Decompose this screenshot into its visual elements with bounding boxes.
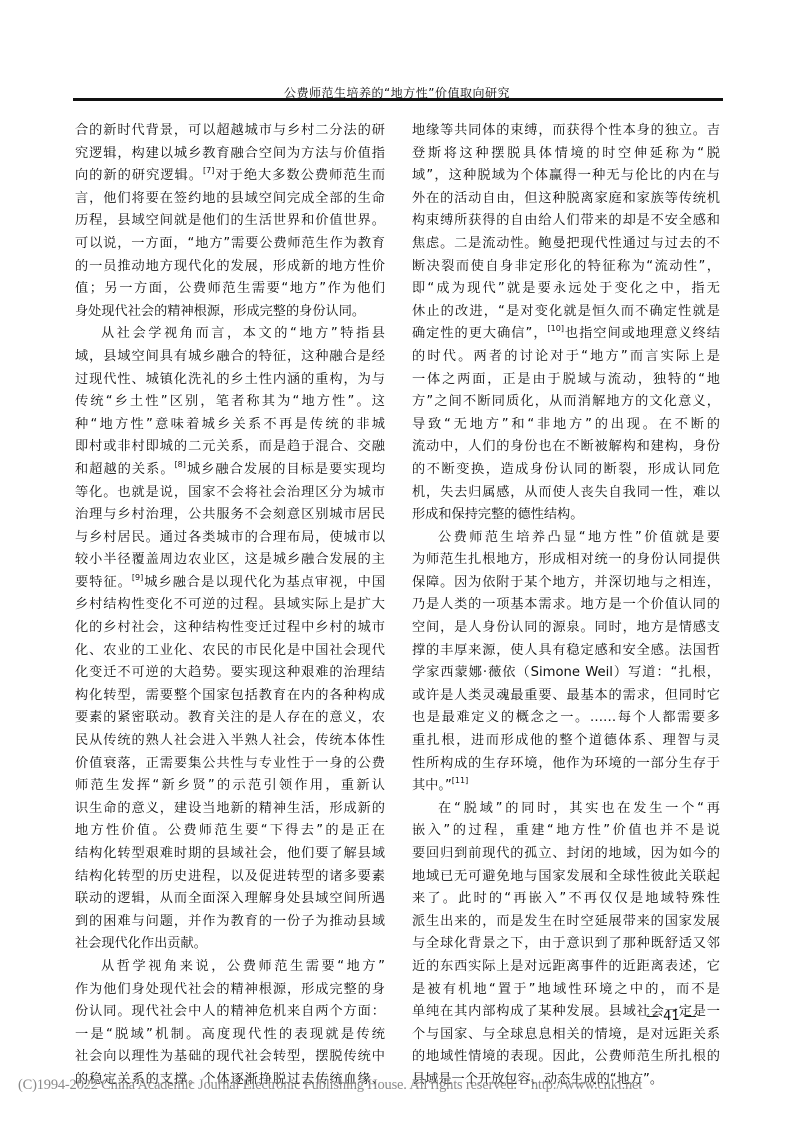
line-text: 的时代。两者的讨论对于“地方”而言实际上是: [412, 349, 720, 364]
line-text: 从哲学视角来说，公费师范生需要“地方”: [101, 959, 385, 974]
text-line: 方”之间不断同质化，从而消解地方的文化意义，: [412, 391, 720, 414]
line-text: 机，失去归属感，从而使人丧失自我同一性，难以: [412, 485, 720, 500]
line-text: 较小半径覆盖周边农业区，这是城乡融合发展的主: [75, 552, 385, 567]
line-text: 也是最难定义的概念之一。……每个人都需要多: [412, 710, 720, 725]
text-line: 是被有机地“置于”地域性环境之中的，而不是: [412, 979, 720, 1002]
text-line: 和超越的关系。[8]城乡融合发展的目标是要实现均: [75, 459, 385, 482]
line-text: 要回归到前现代的孤立、封闭的地域，因为如今的: [412, 846, 720, 861]
line-text: 的地域性情境的表现。因此，公费师范生所扎根的: [412, 1049, 720, 1064]
text-line: 其中。”[11]: [412, 775, 720, 798]
text-line: 传统“乡土性”区别，笔者称其为“地方性”。这: [75, 391, 385, 414]
line-text: 民从传统的熟人社会进入半熟人社会，传统本体性: [75, 733, 385, 748]
line-text: 空间，是人身份认同的源泉。同时，地方是情感支: [412, 620, 720, 635]
text-line: 即“成为现代”就是要永远处于变化之中，指无: [412, 278, 720, 301]
text-line: 外在的活动自由，但这种脱离家庭和家族等传统机: [412, 188, 720, 211]
line-text: 域，县域空间具有城乡融合的特征，这种融合是经: [75, 349, 385, 364]
line-text: 近的东西实际上是对远距离事件的近距离表述，它: [412, 959, 720, 974]
line-text: 结构化转型艰难时期的县域社会，他们要了解县域: [75, 846, 385, 861]
text-line: 在“脱域”的同时，其实也在发生一个“再: [412, 798, 720, 821]
text-line: 派生出来的，而是发生在时空延展带来的国家发展: [412, 911, 720, 934]
line-text: 焦虑。二是流动性。鲍曼把现代性通过与过去的不: [412, 236, 720, 251]
text-line: 师范生发挥“新乡贤”的示范引领作用，重新认: [75, 775, 385, 798]
text-line: 的不断变换，造成身份认同的断裂，形成认同危: [412, 459, 720, 482]
text-line: 撑的丰厚来源，使人具有稳定感和安全感。法国哲: [412, 640, 720, 663]
line-text: 与乡村居民。通过各类城市的合理布局，使城市以: [75, 530, 385, 545]
text-line: 断决裂而使自身非定形化的特征称为“流动性”，: [412, 256, 720, 279]
line-text: 形成和保持完整的德性结构。: [412, 507, 583, 522]
text-line: 学家西蒙娜·薇依（Simone Weil）写道：“扎根，: [412, 662, 720, 685]
line-text: 作为他们身处现代社会的精神根源，形成完整的身: [75, 982, 385, 997]
text-line: 确定性的更大确信”，[10]也指空间或地理意义终结: [412, 323, 720, 346]
text-line: 近的东西实际上是对远距离事件的近距离表述，它: [412, 956, 720, 979]
right-column-text: 地缘等共同体的束缚，而获得个性本身的独立。吉登斯将这种摆脱具体情境的时空伸延称为…: [412, 120, 720, 1092]
line-text: 份认同。现代社会中人的精神危机来自两个方面：: [75, 1004, 385, 1019]
text-line: 重扎根，进而形成他的整个道德体系、理智与灵: [412, 730, 720, 753]
line-text: 构束缚所获得的自由给人们带来的却是不安全感和: [412, 213, 720, 228]
copyright-text: (C)1994-2022 China Academic Journal Elec…: [18, 1077, 517, 1093]
line-text: 域”，这种脱域为个体赢得一种无与伦比的内在与: [412, 168, 720, 183]
text-line: 过现代性、城镇化洗礼的乡土性内涵的重构，为与: [75, 369, 385, 392]
text-line: 个与国家、与全球息息相关的情境，是对远距关系: [412, 1024, 720, 1047]
left-column: 合的新时代背景，可以超越城市与乡村二分法的研究逻辑，构建以城乡教育融合空间为方法…: [75, 120, 385, 1092]
text-line: 治理与乡村治理，公共服务不会刻意区别城市居民: [75, 504, 385, 527]
line-text: 确定性的更大确信”，: [412, 326, 548, 341]
text-line: 为师范生扎根地方，形成相对统一的身份认同提供: [412, 549, 720, 572]
line-text: 历程，县域空间就是他们的生活世界和价值世界。: [75, 213, 385, 228]
line-text: 身处现代社会的精神根源，形成完整的身份认同。: [75, 304, 365, 319]
line-text: 或许是人类灵魂最重要、最基本的需求，但同时它: [412, 688, 720, 703]
line-text: 价值衰落，正需要集公共性与专业性于一身的公费: [75, 756, 385, 771]
line-text: 即村或非村即城的二元关系，而是趋于混合、交融: [75, 439, 385, 454]
text-line: 构化转型，需要整个国家包括教育在内的各种构成: [75, 685, 385, 708]
line-text: 方”之间不断同质化，从而消解地方的文化意义，: [412, 394, 720, 409]
line-text: 要特征。: [75, 575, 132, 590]
line-text: 可以说，一方面，“地方”需要公费师范生作为教育: [75, 236, 385, 251]
line-text: 联动的逻辑，从而全面深入理解身处县域空间所遇: [75, 891, 385, 906]
line-text: 传统“乡土性”区别，笔者称其为“地方性”。这: [75, 394, 385, 409]
line-text-tail: 也指空间或地理意义终结: [564, 326, 720, 341]
line-text: 等化。也就是说，国家不会将社会治理区分为城市: [75, 485, 385, 500]
text-line: 身处现代社会的精神根源，形成完整的身份认同。: [75, 301, 385, 324]
line-text: 到的困难与问题，并作为教育的一份子为推动县域: [75, 914, 385, 929]
line-text: 的一员推动地方现代化的发展，形成新的地方性价: [75, 259, 385, 274]
text-line: 的时代。两者的讨论对于“地方”而言实际上是: [412, 346, 720, 369]
line-text: 值；另一方面，公费师范生需要“地方”作为他们: [75, 281, 385, 296]
text-line: 形成和保持完整的德性结构。: [412, 504, 720, 527]
text-line: 价值衰落，正需要集公共性与专业性于一身的公费: [75, 753, 385, 776]
line-text: 派生出来的，而是发生在时空延展带来的国家发展: [412, 914, 720, 929]
text-line: 民从传统的熟人社会进入半熟人社会，传统本体性: [75, 730, 385, 753]
text-line: 域”，这种脱域为个体赢得一种无与伦比的内在与: [412, 165, 720, 188]
text-line: 与全球化背景之下，由于意识到了那种既舒适又邻: [412, 933, 720, 956]
text-line: 一是“脱域”机制。高度现代性的表现就是传统: [75, 1024, 385, 1047]
line-text: 社会现代化作出贡献。: [75, 936, 207, 951]
line-text: 化的乡村社会，这种结构性变迁过程中乡村的城市: [75, 620, 385, 635]
copyright-footer: (C)1994-2022 China Academic Journal Elec…: [18, 1077, 642, 1094]
text-line: 构束缚所获得的自由给人们带来的却是不安全感和: [412, 210, 720, 233]
line-text: 其中。”: [412, 778, 452, 793]
text-line: 地域已无可避免地与国家发展和全球性彼此关联起: [412, 866, 720, 889]
text-line: 结构化转型的历史进程，以及促进转型的诸多要素: [75, 866, 385, 889]
text-line: 可以说，一方面，“地方”需要公费师范生作为教育: [75, 233, 385, 256]
line-text: 的不断变换，造成身份认同的断裂，形成认同危: [412, 462, 720, 477]
text-line: 要回归到前现代的孤立、封闭的地域，因为如今的: [412, 843, 720, 866]
text-line: 登斯将这种摆脱具体情境的时空伸延称为“脱: [412, 143, 720, 166]
text-line: 较小半径覆盖周边农业区，这是城乡融合发展的主: [75, 549, 385, 572]
line-text: 学家西蒙娜·薇依（Simone Weil）写道：“扎根，: [412, 665, 720, 680]
line-text: 地域已无可避免地与国家发展和全球性彼此关联起: [412, 869, 720, 884]
line-text: 个与国家、与全球息息相关的情境，是对远距关系: [412, 1027, 720, 1042]
text-line: 公费师范生培养凸显“地方性”价值就是要: [412, 527, 720, 550]
text-line: 社会现代化作出贡献。: [75, 933, 385, 956]
text-line: 历程，县域空间就是他们的生活世界和价值世界。: [75, 210, 385, 233]
line-text: 师范生发挥“新乡贤”的示范引领作用，重新认: [75, 778, 385, 793]
line-text: 重扎根，进而形成他的整个道德体系、理智与灵: [412, 733, 720, 748]
text-line: 合的新时代背景，可以超越城市与乡村二分法的研: [75, 120, 385, 143]
line-text: 性所构成的生存环境，他作为环境的一部分生存于: [412, 756, 720, 771]
text-line: 休止的改进，“是对变化就是恒久而不确定性就是: [412, 301, 720, 324]
text-line: 的地域性情境的表现。因此，公费师范生所扎根的: [412, 1046, 720, 1069]
text-line: 地方性价值。公费师范生要“下得去”的是正在: [75, 820, 385, 843]
cnki-url-link[interactable]: http://www.cnki.net: [531, 1077, 642, 1093]
text-line: 份认同。现代社会中人的精神危机来自两个方面：: [75, 1001, 385, 1024]
text-line: 联动的逻辑，从而全面深入理解身处县域空间所遇: [75, 888, 385, 911]
right-column: 地缘等共同体的束缚，而获得个性本身的独立。吉登斯将这种摆脱具体情境的时空伸延称为…: [412, 120, 720, 1092]
text-line: 空间，是人身份认同的源泉。同时，地方是情感支: [412, 617, 720, 640]
line-text: 识生命的意义，建设当地新的精神生活，形成新的: [75, 801, 385, 816]
line-text: 与全球化背景之下，由于意识到了那种既舒适又邻: [412, 936, 720, 951]
line-text: 休止的改进，“是对变化就是恒久而不确定性就是: [412, 304, 720, 319]
text-line: 乃是人类的一项基本需求。地方是一个价值认同的: [412, 594, 720, 617]
line-text: 公费师范生培养凸显“地方性”价值就是要: [438, 530, 720, 545]
text-line: 究逻辑，构建以城乡教育融合空间为方法与价值指: [75, 143, 385, 166]
citation-marker: [10]: [548, 324, 564, 333]
text-line: 识生命的意义，建设当地新的精神生活，形成新的: [75, 798, 385, 821]
line-text: 向的新的研究逻辑。: [75, 168, 203, 183]
line-text: 治理与乡村治理，公共服务不会刻意区别城市居民: [75, 507, 385, 522]
line-text: 登斯将这种摆脱具体情境的时空伸延称为“脱: [412, 146, 720, 161]
line-text: 导致“无地方”和“非地方”的出现。在不断的: [412, 417, 720, 432]
text-line: 焦虑。二是流动性。鲍曼把现代性通过与过去的不: [412, 233, 720, 256]
text-line: 作为他们身处现代社会的精神根源，形成完整的身: [75, 979, 385, 1002]
text-line: 域，县域空间具有城乡融合的特征，这种融合是经: [75, 346, 385, 369]
line-text: 地方性价值。公费师范生要“下得去”的是正在: [75, 823, 385, 838]
text-line: 化变迁不可逆的大趋势。要实现这种艰难的治理结: [75, 662, 385, 685]
line-text: 断决裂而使自身非定形化的特征称为“流动性”，: [412, 259, 720, 274]
line-text: 结构化转型的历史进程，以及促进转型的诸多要素: [75, 869, 385, 884]
left-column-text: 合的新时代背景，可以超越城市与乡村二分法的研究逻辑，构建以城乡教育融合空间为方法…: [75, 120, 385, 1092]
line-text-tail: 城乡融合是以现代化为基点审视，中国: [143, 575, 385, 590]
text-line: 也是最难定义的概念之一。……每个人都需要多: [412, 707, 720, 730]
line-text: 化、农业的工业化、农民的市民化是中国社会现代: [75, 643, 385, 658]
line-text: 乡村结构性变化不可逆的过程。县域实际上是扩大: [75, 597, 385, 612]
citation-marker: [8]: [175, 460, 186, 469]
text-line: 种“地方性”意味着城乡关系不再是传统的非城: [75, 414, 385, 437]
text-line: 从社会学视角而言，本文的“地方”特指县: [75, 323, 385, 346]
line-text: 即“成为现代”就是要永远处于变化之中，指无: [412, 281, 720, 296]
text-line: 要素的紧密联动。教育关注的是人存在的意义，农: [75, 707, 385, 730]
citation-marker: [11]: [452, 776, 468, 785]
text-line: 乡村结构性变化不可逆的过程。县域实际上是扩大: [75, 594, 385, 617]
line-text: 流动中，人们的身份也在不断被解构和建构，身份: [412, 439, 720, 454]
line-text: 外在的活动自由，但这种脱离家庭和家族等传统机: [412, 191, 720, 206]
citation-marker: [9]: [132, 573, 143, 582]
line-text: 言，他们将要在签约地的县域空间完成全部的生命: [75, 191, 385, 206]
text-line: 化的乡村社会，这种结构性变迁过程中乡村的城市: [75, 617, 385, 640]
text-line: 地缘等共同体的束缚，而获得个性本身的独立。吉: [412, 120, 720, 143]
text-line: 的一员推动地方现代化的发展，形成新的地方性价: [75, 256, 385, 279]
line-text: 在“脱域”的同时，其实也在发生一个“再: [438, 801, 720, 816]
text-line: 与乡村居民。通过各类城市的合理布局，使城市以: [75, 527, 385, 550]
line-text: 嵌入”的过程，重建“地方性”价值也并不是说: [412, 823, 720, 838]
line-text: 究逻辑，构建以城乡教育融合空间为方法与价值指: [75, 146, 385, 161]
text-line: 或许是人类灵魂最重要、最基本的需求，但同时它: [412, 685, 720, 708]
text-line: 性所构成的生存环境，他作为环境的一部分生存于: [412, 753, 720, 776]
line-text: 合的新时代背景，可以超越城市与乡村二分法的研: [75, 123, 385, 138]
line-text: 一体之两面，正是由于脱域与流动，独特的“地: [412, 372, 720, 387]
text-line: 值；另一方面，公费师范生需要“地方”作为他们: [75, 278, 385, 301]
text-line: 机，失去归属感，从而使人丧失自我同一性，难以: [412, 482, 720, 505]
text-line: 社会向以理性为基础的现代社会转型，摆脱传统中: [75, 1046, 385, 1069]
line-text: 保障。因为依附于某个地方，并深切地与之相连，: [412, 575, 720, 590]
line-text-tail: 城乡融合发展的目标是要实现均: [186, 462, 385, 477]
page-number: — 41 —: [646, 1009, 697, 1024]
line-text-tail: 对于绝大多数公费师范生而: [214, 168, 385, 183]
text-line: 一体之两面，正是由于脱域与流动，独特的“地: [412, 369, 720, 392]
text-line: 嵌入”的过程，重建“地方性”价值也并不是说: [412, 820, 720, 843]
line-text: 是被有机地“置于”地域性环境之中的，而不是: [412, 982, 720, 997]
line-text: 种“地方性”意味着城乡关系不再是传统的非城: [75, 417, 385, 432]
line-text: 撑的丰厚来源，使人具有稳定感和安全感。法国哲: [412, 643, 720, 658]
text-line: 保障。因为依附于某个地方，并深切地与之相连，: [412, 572, 720, 595]
text-line: 化、农业的工业化、农民的市民化是中国社会现代: [75, 640, 385, 663]
text-line: 向的新的研究逻辑。[7]对于绝大多数公费师范生而: [75, 165, 385, 188]
line-text: 地缘等共同体的束缚，而获得个性本身的独立。吉: [412, 123, 720, 138]
header-rule-divider: [73, 98, 723, 101]
line-text: 社会向以理性为基础的现代社会转型，摆脱传统中: [75, 1049, 385, 1064]
line-text: 构化转型，需要整个国家包括教育在内的各种构成: [75, 688, 385, 703]
line-text: 过现代性、城镇化洗礼的乡土性内涵的重构，为与: [75, 372, 385, 387]
text-line: 从哲学视角来说，公费师范生需要“地方”: [75, 956, 385, 979]
text-line: 要特征。[9]城乡融合是以现代化为基点审视，中国: [75, 572, 385, 595]
text-line: 流动中，人们的身份也在不断被解构和建构，身份: [412, 436, 720, 459]
line-text: 一是“脱域”机制。高度现代性的表现就是传统: [75, 1027, 385, 1042]
text-line: 结构化转型艰难时期的县域社会，他们要了解县域: [75, 843, 385, 866]
line-text: 要素的紧密联动。教育关注的是人存在的意义，农: [75, 710, 385, 725]
line-text: 为师范生扎根地方，形成相对统一的身份认同提供: [412, 552, 720, 567]
line-text: 化变迁不可逆的大趋势。要实现这种艰难的治理结: [75, 665, 385, 680]
text-line: 导致“无地方”和“非地方”的出现。在不断的: [412, 414, 720, 437]
text-line: 来了。此时的“再嵌入”不再仅仅是地域特殊性: [412, 888, 720, 911]
text-line: 等化。也就是说，国家不会将社会治理区分为城市: [75, 482, 385, 505]
text-line: 即村或非村即城的二元关系，而是趋于混合、交融: [75, 436, 385, 459]
text-line: 到的困难与问题，并作为教育的一份子为推动县域: [75, 911, 385, 934]
line-text: 乃是人类的一项基本需求。地方是一个价值认同的: [412, 597, 720, 612]
text-line: 言，他们将要在签约地的县域空间完成全部的生命: [75, 188, 385, 211]
line-text: 从社会学视角而言，本文的“地方”特指县: [101, 326, 385, 341]
line-text: 来了。此时的“再嵌入”不再仅仅是地域特殊性: [412, 891, 720, 906]
line-text: 和超越的关系。: [75, 462, 175, 477]
citation-marker: [7]: [203, 166, 214, 175]
